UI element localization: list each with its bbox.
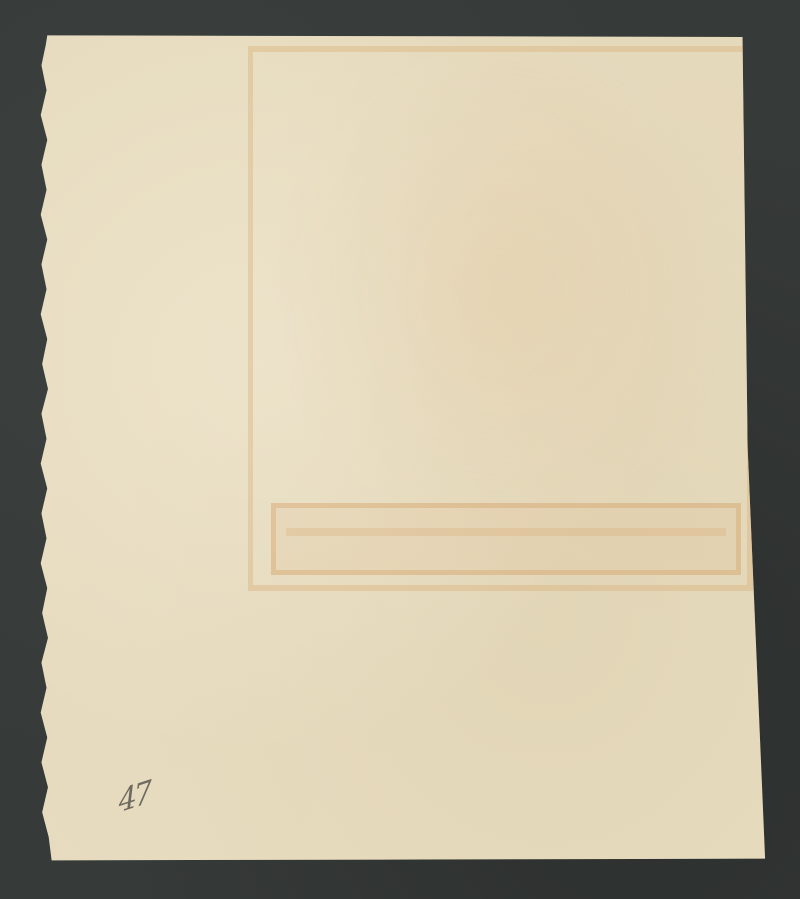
design-showthrough-value-panel — [271, 503, 741, 575]
photo-background: 47 — [0, 0, 800, 899]
pencil-notation: 47 — [118, 774, 151, 820]
design-showthrough-band — [286, 528, 726, 536]
stamp-paper-back: 47 — [40, 32, 768, 862]
design-showthrough-frame — [248, 46, 753, 591]
